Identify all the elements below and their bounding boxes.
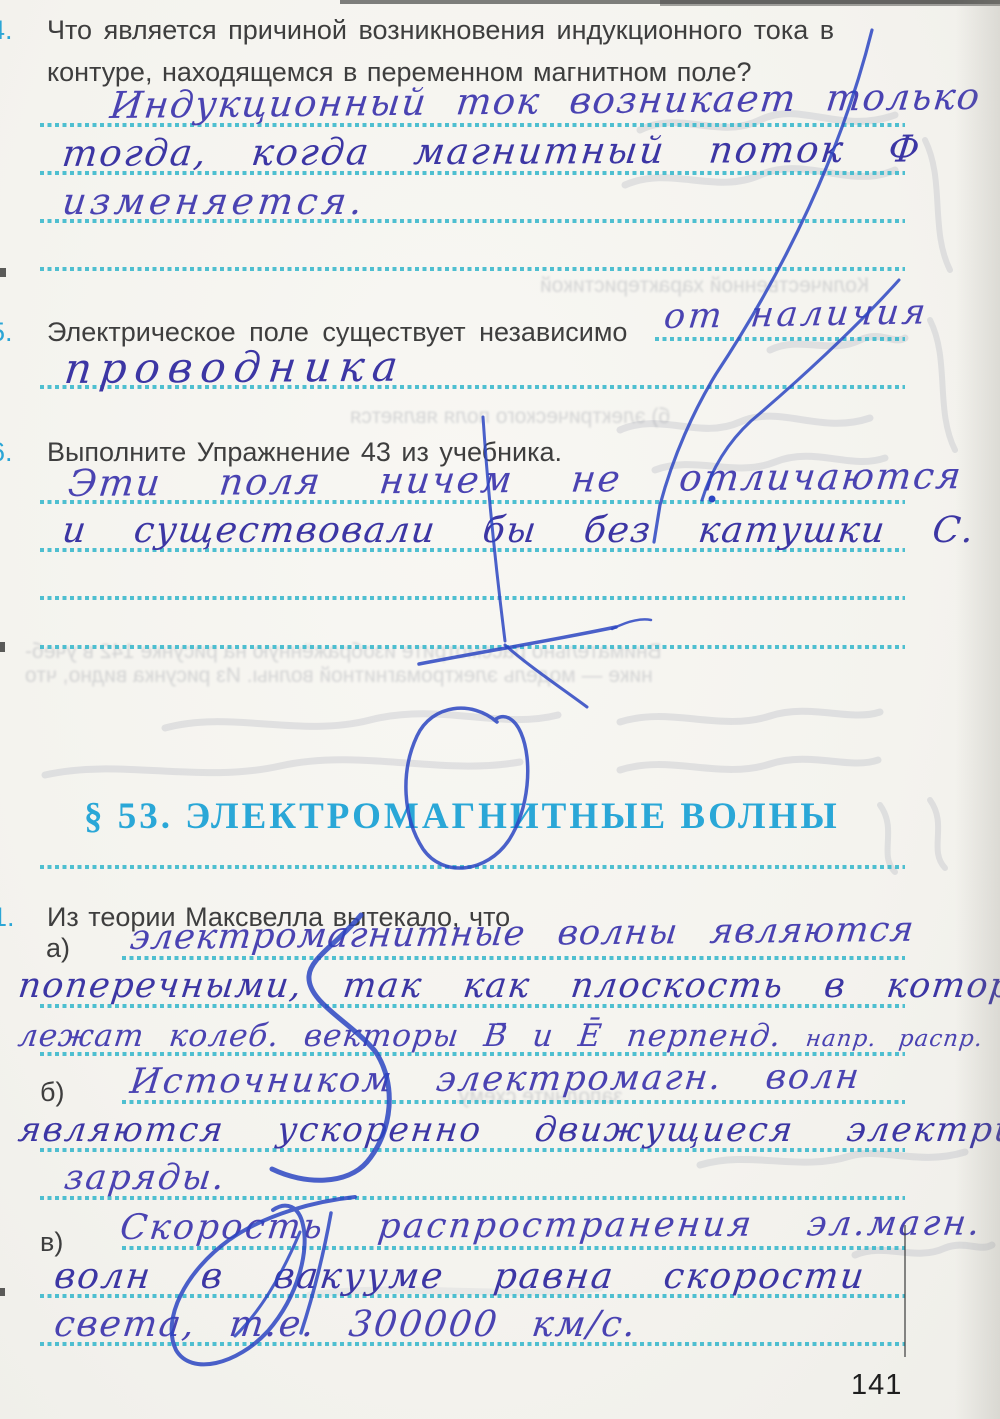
handwritten-answer-v-line2: волн в вакууме равна скорости: [52, 1256, 868, 1297]
handwritten-answer-q5-inline: от наличия: [662, 292, 930, 337]
handwritten-answer-a-line2: поперечными, так как плоскость в которой: [16, 966, 1000, 1006]
handwritten-answer-v-line1: Скорость распространения эл.магн.: [118, 1203, 984, 1248]
handwritten-answer-b-line2: являются ускоренно движущиеся электричес…: [16, 1110, 1000, 1150]
question-6-number: 6.: [0, 437, 13, 468]
scan-edge-right: [955, 0, 1000, 1419]
scan-speck: [0, 268, 6, 277]
bleedthrough-text: нике — модель электромагнитной волны. Из…: [25, 664, 653, 688]
question-4-text-line1: Что является причиной возникновения инду…: [47, 15, 834, 46]
answer-ruled-line: [40, 865, 905, 869]
answer-ruled-line: [40, 596, 905, 600]
bleedthrough-text: б) электрического поля является: [350, 405, 670, 429]
item-v-label: в): [40, 1227, 63, 1258]
section-heading: § 53. ЭЛЕКТРОМАГНИТНЫЕ ВОЛНЫ: [84, 795, 840, 838]
answer-ruled-line: [40, 645, 905, 649]
handwritten-answer-b-line3: заряды.: [62, 1158, 228, 1198]
handwritten-answer-q4-line1: Индукционный ток возникает только: [108, 75, 983, 127]
scan-speck: [0, 1288, 5, 1296]
question-1-number: 1.: [0, 902, 15, 933]
handwritten-answer-q4-line2: тогда, когда магнитный поток Ф: [60, 128, 924, 175]
bleedthrough-text: Внимательно рассмотрите изображённую на …: [25, 640, 662, 664]
handwritten-answer-q4-line3: изменяется.: [60, 180, 369, 223]
handwritten-answer-b-line1: Источником электромагн. волн: [128, 1057, 863, 1102]
scan-edge-top-right: [660, 0, 1000, 6]
question-4-number: 4.: [0, 15, 13, 46]
page-number: 141: [851, 1369, 902, 1402]
scan-speck: [0, 642, 5, 652]
scan-page-fold-line: [904, 1225, 906, 1357]
workbook-page: Количественной характеристикой б) электр…: [0, 0, 1000, 1419]
handwritten-answer-q6-line2: и существовали бы без катушки С.: [60, 510, 977, 551]
item-a-label: а): [46, 933, 70, 964]
item-b-label: б): [40, 1077, 64, 1108]
handwritten-answer-q6-line1: Эти поля ничем не отличаются: [66, 454, 965, 505]
question-5-number: 5.: [0, 317, 13, 348]
answer-ruled-line: [40, 267, 905, 271]
handwritten-answer-v-line3: света, т.е. 300000 км/с.: [52, 1304, 640, 1345]
handwritten-answer-a-line3: лежат колеб. векторы В̄ и Е̄ перпенд. на…: [16, 1018, 1000, 1054]
handwritten-answer-q5-line2: проводника: [62, 342, 408, 393]
handwritten-answer-a-line1: электромагнитные волны являются: [128, 910, 917, 958]
handwritten-answer-a-line3-main: лежат колеб. векторы В̄ и Е̄ перпенд.: [16, 1018, 784, 1054]
answer-ruled-line: [655, 337, 905, 341]
